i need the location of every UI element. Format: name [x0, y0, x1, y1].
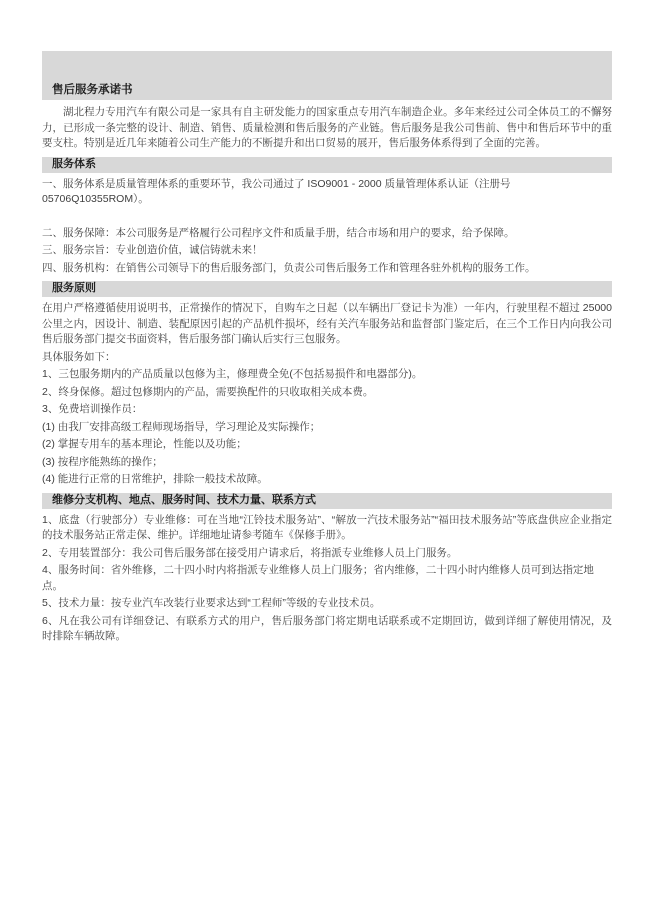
- list-item: 3、免费培训操作员：: [42, 402, 612, 418]
- sub-list-item: (3) 按程序能熟练的操作；: [42, 455, 612, 471]
- intro-paragraph: 湖北程力专用汽车有限公司是一家具有自主研发能力的国家重点专用汽车制造企业。多年来…: [42, 105, 612, 152]
- list-item: 6、凡在我公司有详细登记、有联系方式的用户，售后服务部门将定期电话联系或不定期回…: [42, 614, 612, 645]
- title-banner: 售后服务承诺书: [42, 51, 612, 100]
- sub-list-item: (2) 掌握专用车的基本理论，性能以及功能；: [42, 437, 612, 453]
- document-page: 售后服务承诺书 湖北程力专用汽车有限公司是一家具有自主研发能力的国家重点专用汽车…: [0, 0, 650, 919]
- list-item: 2、专用装置部分：我公司售后服务部在接受用户请求后，将指派专业维修人员上门服务。: [42, 546, 612, 562]
- list-item: 四、服务机构：在销售公司领导下的售后服务部门，负责公司售后服务工作和管理各驻外机…: [42, 261, 612, 277]
- section-heading-service-network: 维修分支机构、地点、服务时间、技术力量、联系方式: [42, 493, 612, 509]
- sub-list-item: (4) 能进行正常的日常维护，排除一般技术故障。: [42, 472, 612, 488]
- sub-lead: 具体服务如下：: [42, 350, 612, 366]
- list-item: 4、服务时间：省外维修，二十四小时内将指派专业维修人员上门服务；省内维修，二十四…: [42, 563, 612, 594]
- blank-line: [42, 210, 612, 226]
- lead-paragraph: 在用户严格遵循使用说明书，正常操作的情况下，自购车之日起（以车辆出厂登记卡为准）…: [42, 301, 612, 348]
- document-title: 售后服务承诺书: [52, 84, 133, 97]
- section-heading-service-system: 服务体系: [42, 157, 612, 173]
- list-item: 1、三包服务期内的产品质量以包修为主，修理费全免(不包括易损件和电器部分)。: [42, 367, 612, 383]
- section-heading-service-principles: 服务原则: [42, 281, 612, 297]
- list-item: 二、服务保障：本公司服务是严格履行公司程序文件和质量手册，结合市场和用户的要求，…: [42, 226, 612, 242]
- list-item: 三、服务宗旨：专业创造价值，诚信铸就未来！: [42, 243, 612, 259]
- list-item: 2、终身保修。超过包修期内的产品，需要换配件的只收取相关成本费。: [42, 385, 612, 401]
- list-item: 一、服务体系是质量管理体系的重要环节，我公司通过了 ISO9001 - 2000…: [42, 177, 612, 208]
- document-content: 售后服务承诺书 湖北程力专用汽车有限公司是一家具有自主研发能力的国家重点专用汽车…: [42, 51, 612, 647]
- list-item: 5、技术力量：按专业汽车改装行业要求达到“工程师”等级的专业技术员。: [42, 596, 612, 612]
- sub-list-item: (1) 由我厂安排高级工程师现场指导，学习理论及实际操作；: [42, 420, 612, 436]
- list-item: 1、底盘（行驶部分）专业维修：可在当地“江铃技术服务站”、“解放一汽技术服务站”…: [42, 513, 612, 544]
